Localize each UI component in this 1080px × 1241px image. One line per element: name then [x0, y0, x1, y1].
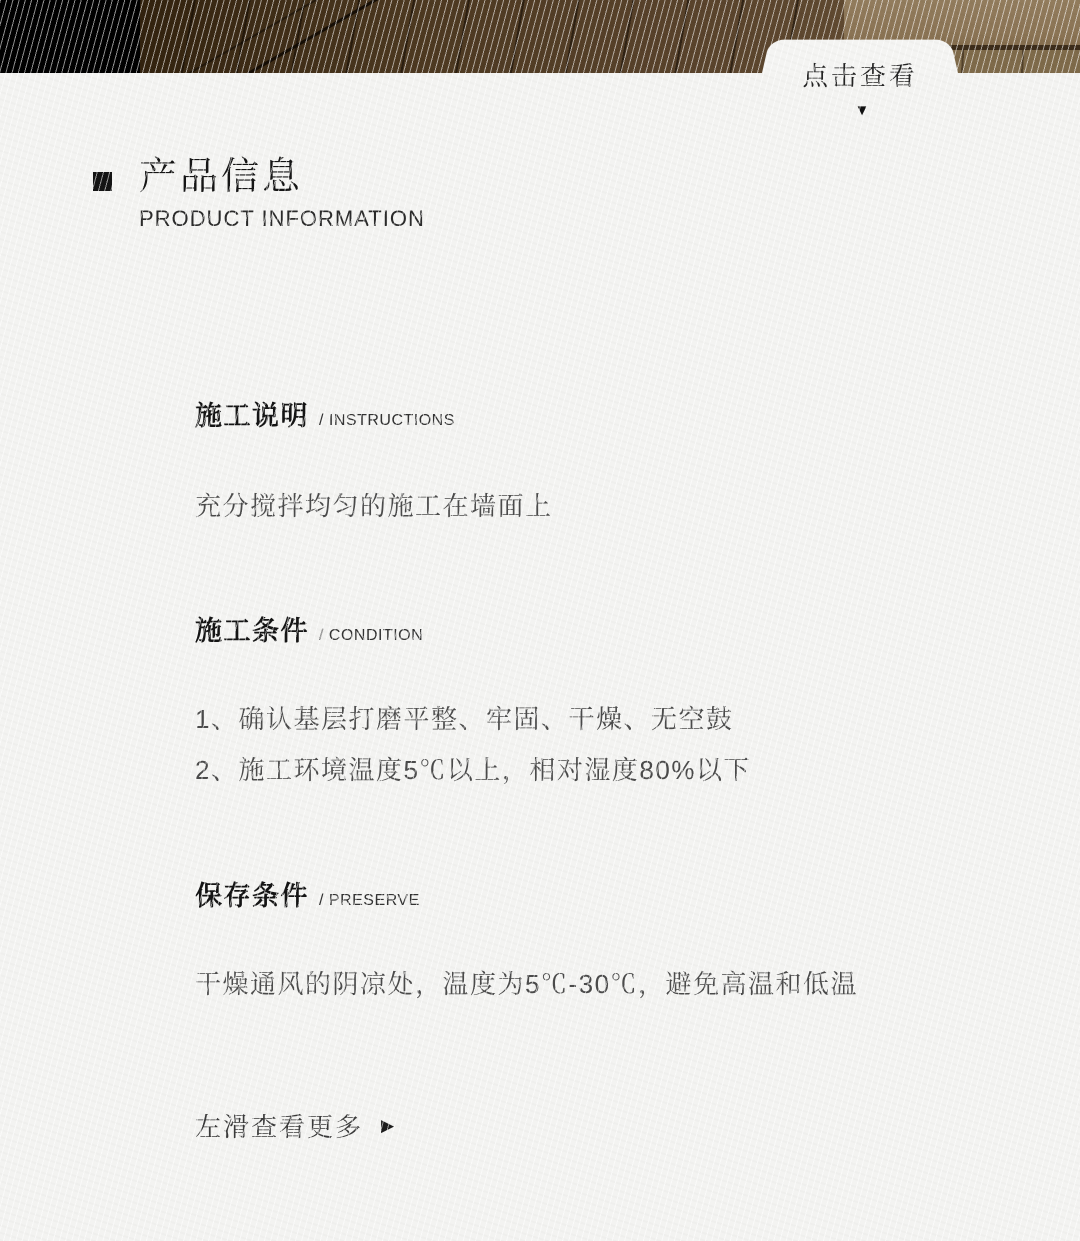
swipe-more-hint[interactable]: 左滑查看更多 ▶	[195, 1107, 396, 1144]
section-heading-en: / PRESERVE	[319, 892, 420, 910]
section-heading-zh: 施工条件	[195, 609, 309, 648]
section-body-condition: 1、确认基层打磨平整、牢固、干燥、无空鼓 2、施工环境温度5℃以上，相对湿度80…	[195, 706, 751, 783]
page-title-en: PRODUCT INFORMATION	[139, 206, 425, 232]
photo-black-region	[0, 0, 140, 73]
square-bullet-icon	[93, 172, 112, 191]
section-heading-instructions: 施工说明 / INSTRUCTIONS	[195, 394, 455, 433]
section-body-preserve: 干燥通风的阴凉处，温度为5℃-30℃，避免高温和低温	[195, 971, 858, 997]
section-heading-en: / CONDITION	[319, 627, 423, 645]
section-heading-en: / INSTRUCTIONS	[319, 412, 455, 430]
body-line: 充分搅拌均匀的施工在墙面上	[195, 493, 553, 519]
swipe-more-label[interactable]: 左滑查看更多	[195, 1107, 363, 1144]
page-title: 产品信息	[139, 154, 425, 202]
section-heading-condition: 施工条件 / CONDITION	[195, 609, 423, 648]
arrow-right-icon: ▶	[381, 1117, 396, 1134]
view-tab-label[interactable]: 点击查看	[802, 56, 918, 93]
section-heading-zh: 施工说明	[195, 394, 309, 433]
body-line: 2、施工环境温度5℃以上，相对湿度80%以下	[195, 757, 751, 783]
page-title-block: 产品信息 PRODUCT INFORMATION	[93, 154, 425, 232]
chevron-down-icon: ▼	[855, 103, 870, 118]
section-body-instructions: 充分搅拌均匀的施工在墙面上	[195, 493, 553, 519]
section-heading-zh: 保存条件	[195, 874, 309, 913]
body-line: 1、确认基层打磨平整、牢固、干燥、无空鼓	[195, 706, 751, 732]
product-info-page: 点击查看 ▼ 产品信息 PRODUCT INFORMATION 施工说明 / I…	[0, 0, 1080, 1241]
section-heading-preserve: 保存条件 / PRESERVE	[195, 874, 420, 913]
body-line: 干燥通风的阴凉处，温度为5℃-30℃，避免高温和低温	[195, 971, 858, 997]
